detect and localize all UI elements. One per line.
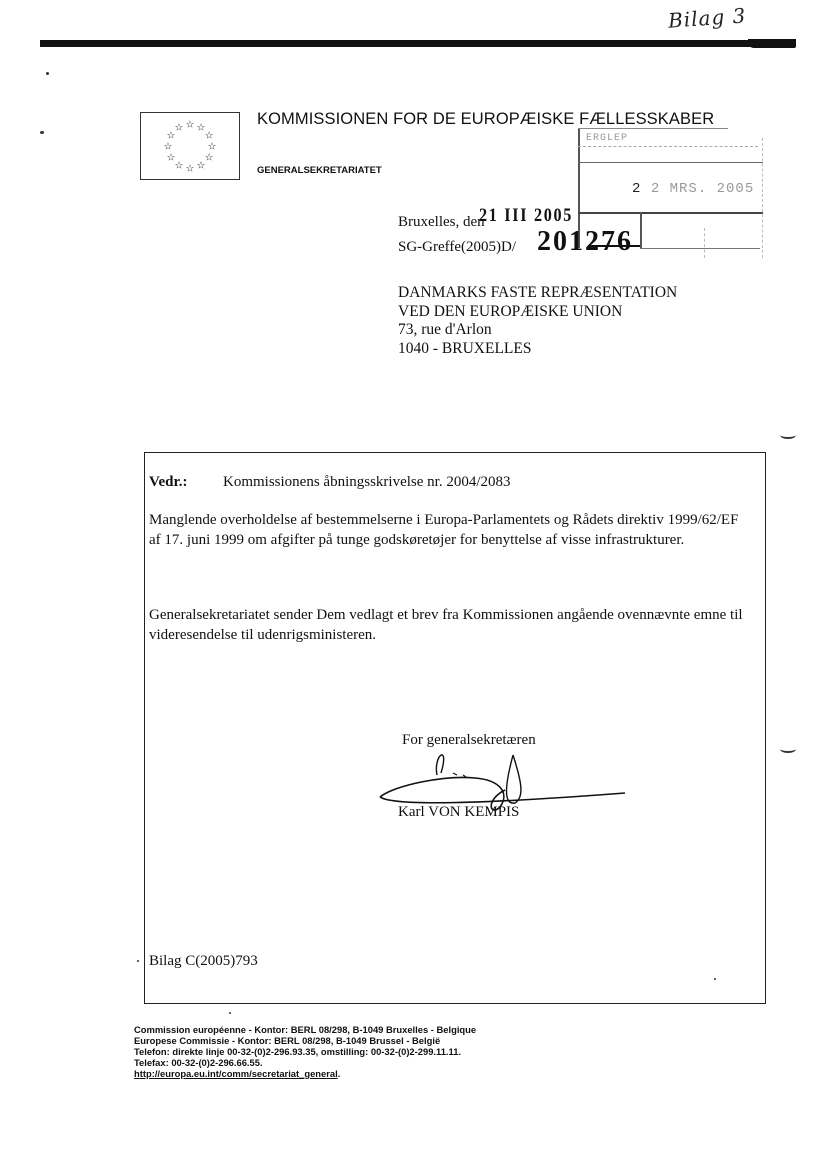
stamp-date-rest: 2 MRS. 2005 bbox=[651, 181, 754, 197]
body-paragraph-1: Manglende overholdelse af bestemmelserne… bbox=[149, 510, 749, 550]
subject-text: Kommissionens åbningsskrivelse nr. 2004/… bbox=[223, 474, 511, 491]
body-paragraph-2: Generalsekretariatet sender Dem vedlagt … bbox=[149, 605, 749, 645]
footer-line: Europese Commissie - Kontor: BERL 08/298… bbox=[134, 1035, 476, 1046]
enclosure-reference: Bilag C(2005)793 bbox=[149, 953, 258, 970]
svg-text:☆: ☆ bbox=[197, 161, 206, 172]
stamp-strike-line bbox=[588, 245, 640, 247]
reference-label: SG-Greffe(2005)D/ bbox=[398, 239, 516, 256]
svg-text:☆: ☆ bbox=[186, 164, 195, 175]
header-rule bbox=[40, 40, 796, 47]
addressee-line: 1040 - BRUXELLES bbox=[398, 340, 677, 359]
reference-number: 201276 bbox=[537, 226, 633, 258]
footer-line: Telefon: direkte linje 00-32-(0)2-296.93… bbox=[134, 1046, 476, 1057]
svg-text:☆: ☆ bbox=[164, 142, 173, 153]
svg-text:☆: ☆ bbox=[205, 131, 214, 142]
eu-flag-icon: ☆☆☆☆☆☆☆☆☆☆☆☆ bbox=[140, 112, 240, 180]
stamp-label: ERGLEP bbox=[586, 133, 628, 144]
addressee-line: DANMARKS FASTE REPRÆSENTATION bbox=[398, 284, 677, 303]
svg-text:☆: ☆ bbox=[166, 153, 175, 164]
dateline-date: 21 III 2005 bbox=[479, 205, 573, 227]
addressee-line: 73, rue d'Arlon bbox=[398, 321, 677, 340]
svg-text:☆: ☆ bbox=[175, 161, 184, 172]
margin-mark bbox=[780, 431, 796, 439]
svg-text:☆: ☆ bbox=[205, 153, 214, 164]
dateline-label: Bruxelles, den bbox=[398, 214, 485, 231]
svg-text:☆: ☆ bbox=[208, 142, 217, 153]
svg-text:☆: ☆ bbox=[186, 120, 195, 131]
footer-link-suffix: . bbox=[338, 1068, 341, 1079]
handwritten-annotation: Bilag 3 bbox=[667, 3, 747, 32]
addressee-line: VED DEN EUROPÆISKE UNION bbox=[398, 303, 677, 322]
scan-speck bbox=[46, 72, 49, 75]
addressee-block: DANMARKS FASTE REPRÆSENTATION VED DEN EU… bbox=[398, 284, 677, 358]
scan-speck bbox=[229, 1012, 231, 1014]
header-rule-tail bbox=[748, 39, 796, 48]
stamp-date: 2 2 MRS. 2005 bbox=[632, 181, 754, 197]
svg-text:☆: ☆ bbox=[175, 122, 184, 133]
department-name: GENERALSEKRETARIATET bbox=[257, 165, 382, 176]
footer-line: Telefax: 00-32-(0)2-296.66.55. bbox=[134, 1057, 476, 1068]
stamp-date-day: 2 bbox=[632, 181, 641, 197]
footer-line: Commission européenne - Kontor: BERL 08/… bbox=[134, 1024, 476, 1035]
scan-speck bbox=[40, 131, 44, 134]
footer-link[interactable]: http://europa.eu.int/comm/secretariat_ge… bbox=[134, 1068, 338, 1079]
commission-title: KOMMISSIONEN FOR DE EUROPÆISKE FÆLLESSKA… bbox=[257, 110, 714, 129]
signatory-name: Karl VON KEMPIS bbox=[398, 804, 519, 821]
margin-mark bbox=[780, 745, 796, 753]
footer-contact: Commission européenne - Kontor: BERL 08/… bbox=[134, 1024, 476, 1079]
scan-speck bbox=[137, 960, 139, 962]
subject-label: Vedr.: bbox=[149, 474, 187, 491]
